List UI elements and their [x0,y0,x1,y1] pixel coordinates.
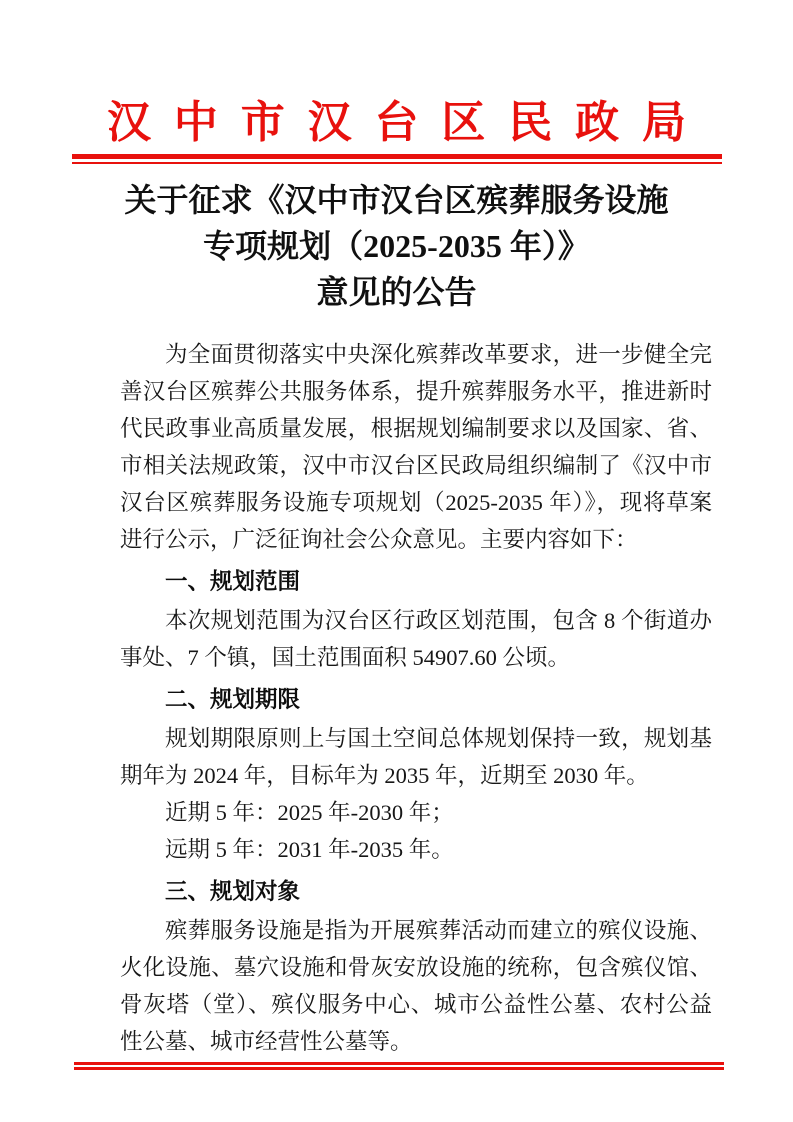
section-period-paragraph: 规划期限原则上与国土空间总体规划保持一致，规划基期年为 2024 年，目标年为 … [120,720,712,794]
separator-thick-line [72,154,722,159]
title-line-1: 关于征求《汉中市汉台区殡葬服务设施 [0,177,793,223]
footer-line-bottom [74,1067,724,1070]
title-line-2: 专项规划（2025-2035 年）》 [0,223,793,269]
section-heading-period: 二、规划期限 [120,681,712,718]
header-separator [72,154,722,164]
separator-thin-line [72,162,722,164]
document-page: 汉中市汉台区民政局 关于征求《汉中市汉台区殡葬服务设施 专项规划（2025-20… [0,0,793,1122]
footer-line-top [74,1062,724,1065]
agency-header: 汉中市汉台区民政局 [0,0,793,147]
title-line-3: 意见的公告 [0,269,793,315]
intro-paragraph: 为全面贯彻落实中央深化殡葬改革要求，进一步健全完善汉台区殡葬公共服务体系，提升殡… [120,336,712,558]
section-objects-paragraph: 殡葬服务设施是指为开展殡葬活动而建立的殡仪设施、火化设施、墓穴设施和骨灰安放设施… [120,912,712,1060]
section-scope-paragraph: 本次规划范围为汉台区行政区划范围，包含 8 个街道办事处、7 个镇，国土范围面积… [120,602,712,676]
section-heading-objects: 三、规划对象 [120,873,712,910]
section-period-long-term: 远期 5 年：2031 年-2035 年。 [120,831,712,868]
document-title: 关于征求《汉中市汉台区殡葬服务设施 专项规划（2025-2035 年）》 意见的… [0,177,793,315]
footer-separator [74,1062,724,1070]
document-body: 为全面贯彻落实中央深化殡葬改革要求，进一步健全完善汉台区殡葬公共服务体系，提升殡… [120,336,712,1060]
section-period-near-term: 近期 5 年：2025 年-2030 年； [120,794,712,831]
section-heading-scope: 一、规划范围 [120,563,712,600]
